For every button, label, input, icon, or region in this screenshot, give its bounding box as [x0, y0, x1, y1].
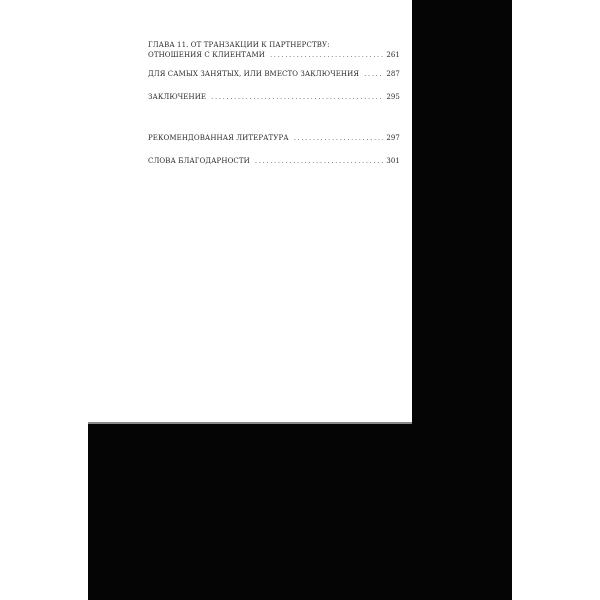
- toc-page-number: 261: [386, 50, 400, 60]
- toc-entry-title-line: ОТНОШЕНИЯ С КЛИЕНТАМИ 261: [148, 50, 400, 60]
- dot-leader: [364, 69, 383, 79]
- toc-page-number: 287: [386, 69, 400, 79]
- toc-entry-title-line: ДЛЯ САМЫХ ЗАНЯТЫХ, ИЛИ ВМЕСТО ЗАКЛЮЧЕНИЯ…: [148, 69, 400, 79]
- toc-entry-title: СЛОВА БЛАГОДАРНОСТИ: [148, 156, 250, 166]
- dot-leader: [294, 133, 384, 143]
- dot-leader: [270, 50, 383, 60]
- scan-background-bottom: [88, 424, 512, 600]
- toc-entry-title-line: ГЛАВА 11. ОТ ТРАНЗАКЦИИ К ПАРТНЕРСТВУ:: [148, 40, 400, 50]
- toc-page-number: 295: [386, 92, 400, 102]
- toc-entry-title-line: ЗАКЛЮЧЕНИЕ 295: [148, 92, 400, 102]
- toc-entry-title: ЗАКЛЮЧЕНИЕ: [148, 92, 206, 102]
- toc-entry-conclusion[interactable]: ЗАКЛЮЧЕНИЕ 295: [148, 92, 400, 102]
- toc-entry-title-line: СЛОВА БЛАГОДАРНОСТИ 301: [148, 156, 400, 166]
- toc-entry-for-the-busiest[interactable]: ДЛЯ САМЫХ ЗАНЯТЫХ, ИЛИ ВМЕСТО ЗАКЛЮЧЕНИЯ…: [148, 69, 400, 79]
- dot-leader: [211, 92, 383, 102]
- toc-entry-title: ГЛАВА 11. ОТ ТРАНЗАКЦИИ К ПАРТНЕРСТВУ:: [148, 40, 330, 50]
- table-of-contents: ГЛАВА 11. ОТ ТРАНЗАКЦИИ К ПАРТНЕРСТВУ: О…: [148, 40, 400, 166]
- toc-entry-title: ДЛЯ САМЫХ ЗАНЯТЫХ, ИЛИ ВМЕСТО ЗАКЛЮЧЕНИЯ: [148, 69, 359, 79]
- toc-entry-recommended-literature[interactable]: РЕКОМЕНДОВАННАЯ ЛИТЕРАТУРА 297: [148, 133, 400, 143]
- toc-entry-acknowledgements[interactable]: СЛОВА БЛАГОДАРНОСТИ 301: [148, 156, 400, 166]
- toc-entry-chapter-11[interactable]: ГЛАВА 11. ОТ ТРАНЗАКЦИИ К ПАРТНЕРСТВУ: О…: [148, 40, 400, 60]
- toc-entry-title: РЕКОМЕНДОВАННАЯ ЛИТЕРАТУРА: [148, 133, 289, 143]
- toc-page-number: 297: [386, 133, 400, 143]
- scanned-page: ГЛАВА 11. ОТ ТРАНЗАКЦИИ К ПАРТНЕРСТВУ: О…: [0, 0, 600, 600]
- dot-leader: [255, 156, 383, 166]
- toc-entry-title-line: РЕКОМЕНДОВАННАЯ ЛИТЕРАТУРА 297: [148, 133, 400, 143]
- toc-entry-title: ОТНОШЕНИЯ С КЛИЕНТАМИ: [148, 50, 265, 60]
- toc-page-number: 301: [386, 156, 400, 166]
